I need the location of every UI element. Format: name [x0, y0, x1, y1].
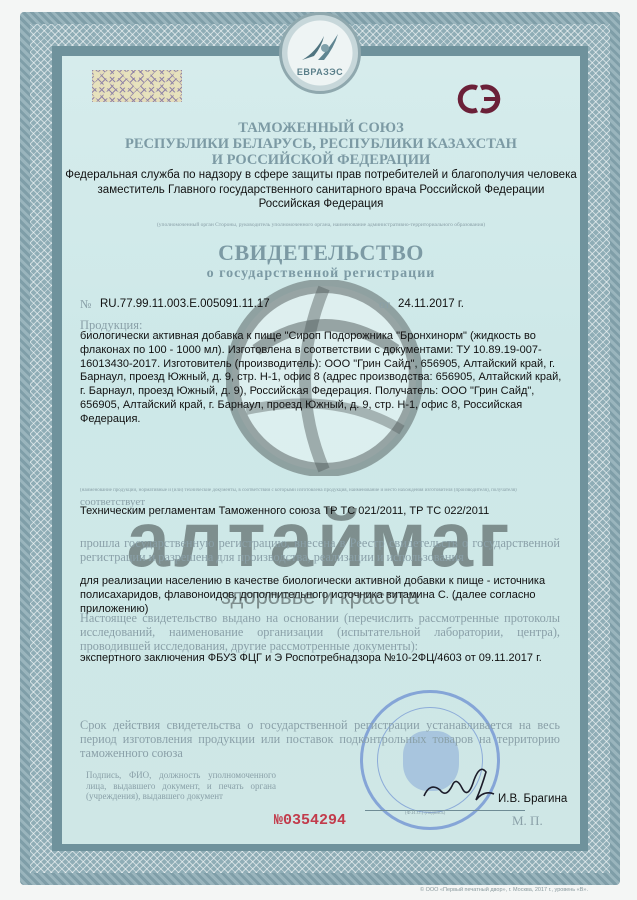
signature-line-caption: (Ф.И.О.) (подпись) — [405, 811, 445, 816]
product-description: биологически активная добавка к пище "Си… — [80, 330, 570, 427]
customs-union-header: ТАМОЖЕННЫЙ СОЮЗ РЕСПУБЛИКИ БЕЛАРУСЬ, РЕС… — [62, 120, 580, 168]
basis-statement: Настоящее свидетельство выдано на основа… — [80, 611, 560, 653]
registration-date-label: от — [379, 297, 390, 312]
guilloche-pattern — [92, 70, 182, 102]
agency-line-2: заместитель Главного государственного са… — [62, 183, 580, 198]
agency-line-3: Российская Федерация — [62, 197, 580, 212]
registration-date: 24.11.2017 г. — [398, 298, 464, 310]
emblem-text: ЕВРАЗЭС — [297, 67, 343, 77]
union-line-2: РЕСПУБЛИКИ БЕЛАРУСЬ, РЕСПУБЛИКИ КАЗАХСТА… — [62, 136, 580, 152]
registration-statement: прошла государственную регистрацию, внес… — [80, 536, 560, 564]
issuing-agency: Федеральная служба по надзору в сфере за… — [62, 168, 580, 212]
product-caption: (наименование продукции, нормативные и (… — [80, 488, 570, 493]
form-serial-number: №0354294 — [274, 812, 346, 829]
registration-number-label: № — [80, 297, 91, 312]
eurasec-emblem-icon — [298, 30, 342, 66]
union-line-1: ТАМОЖЕННЫЙ СОЮЗ — [62, 120, 580, 136]
document-title: СВИДЕТЕЛЬСТВО — [62, 240, 580, 266]
union-line-3: И РОССИЙСКОЙ ФЕДЕРАЦИИ — [62, 152, 580, 168]
registration-number: RU.77.99.11.003.E.005091.11.17 — [100, 298, 270, 310]
eac-ce-mark-icon — [451, 82, 507, 116]
authority-caption: (уполномоченный орган Стороны, руководит… — [62, 222, 580, 228]
conformity-text: Техническим регламентам Таможенного союз… — [80, 505, 570, 519]
seal-placement-label: М. П. — [512, 813, 543, 829]
signature-icon — [420, 760, 500, 810]
basis-documents: экспертного заключения ФБУЗ ФЦГ и Э Росп… — [80, 652, 560, 666]
signer-name: И.В. Брагина — [498, 793, 567, 805]
printer-note: © ООО «Первый печатный двор», г. Москва,… — [420, 887, 588, 893]
eac-mark — [451, 82, 507, 116]
document-subtitle: о государственной регистрации — [62, 266, 580, 282]
signature-note: Подпись, ФИО, должность уполномоченного … — [86, 770, 276, 802]
validity-statement: Срок действия свидетельства о государств… — [80, 718, 560, 760]
eurasec-emblem: ЕВРАЗЭС — [279, 12, 361, 94]
agency-line-1: Федеральная служба по надзору в сфере за… — [62, 168, 580, 183]
